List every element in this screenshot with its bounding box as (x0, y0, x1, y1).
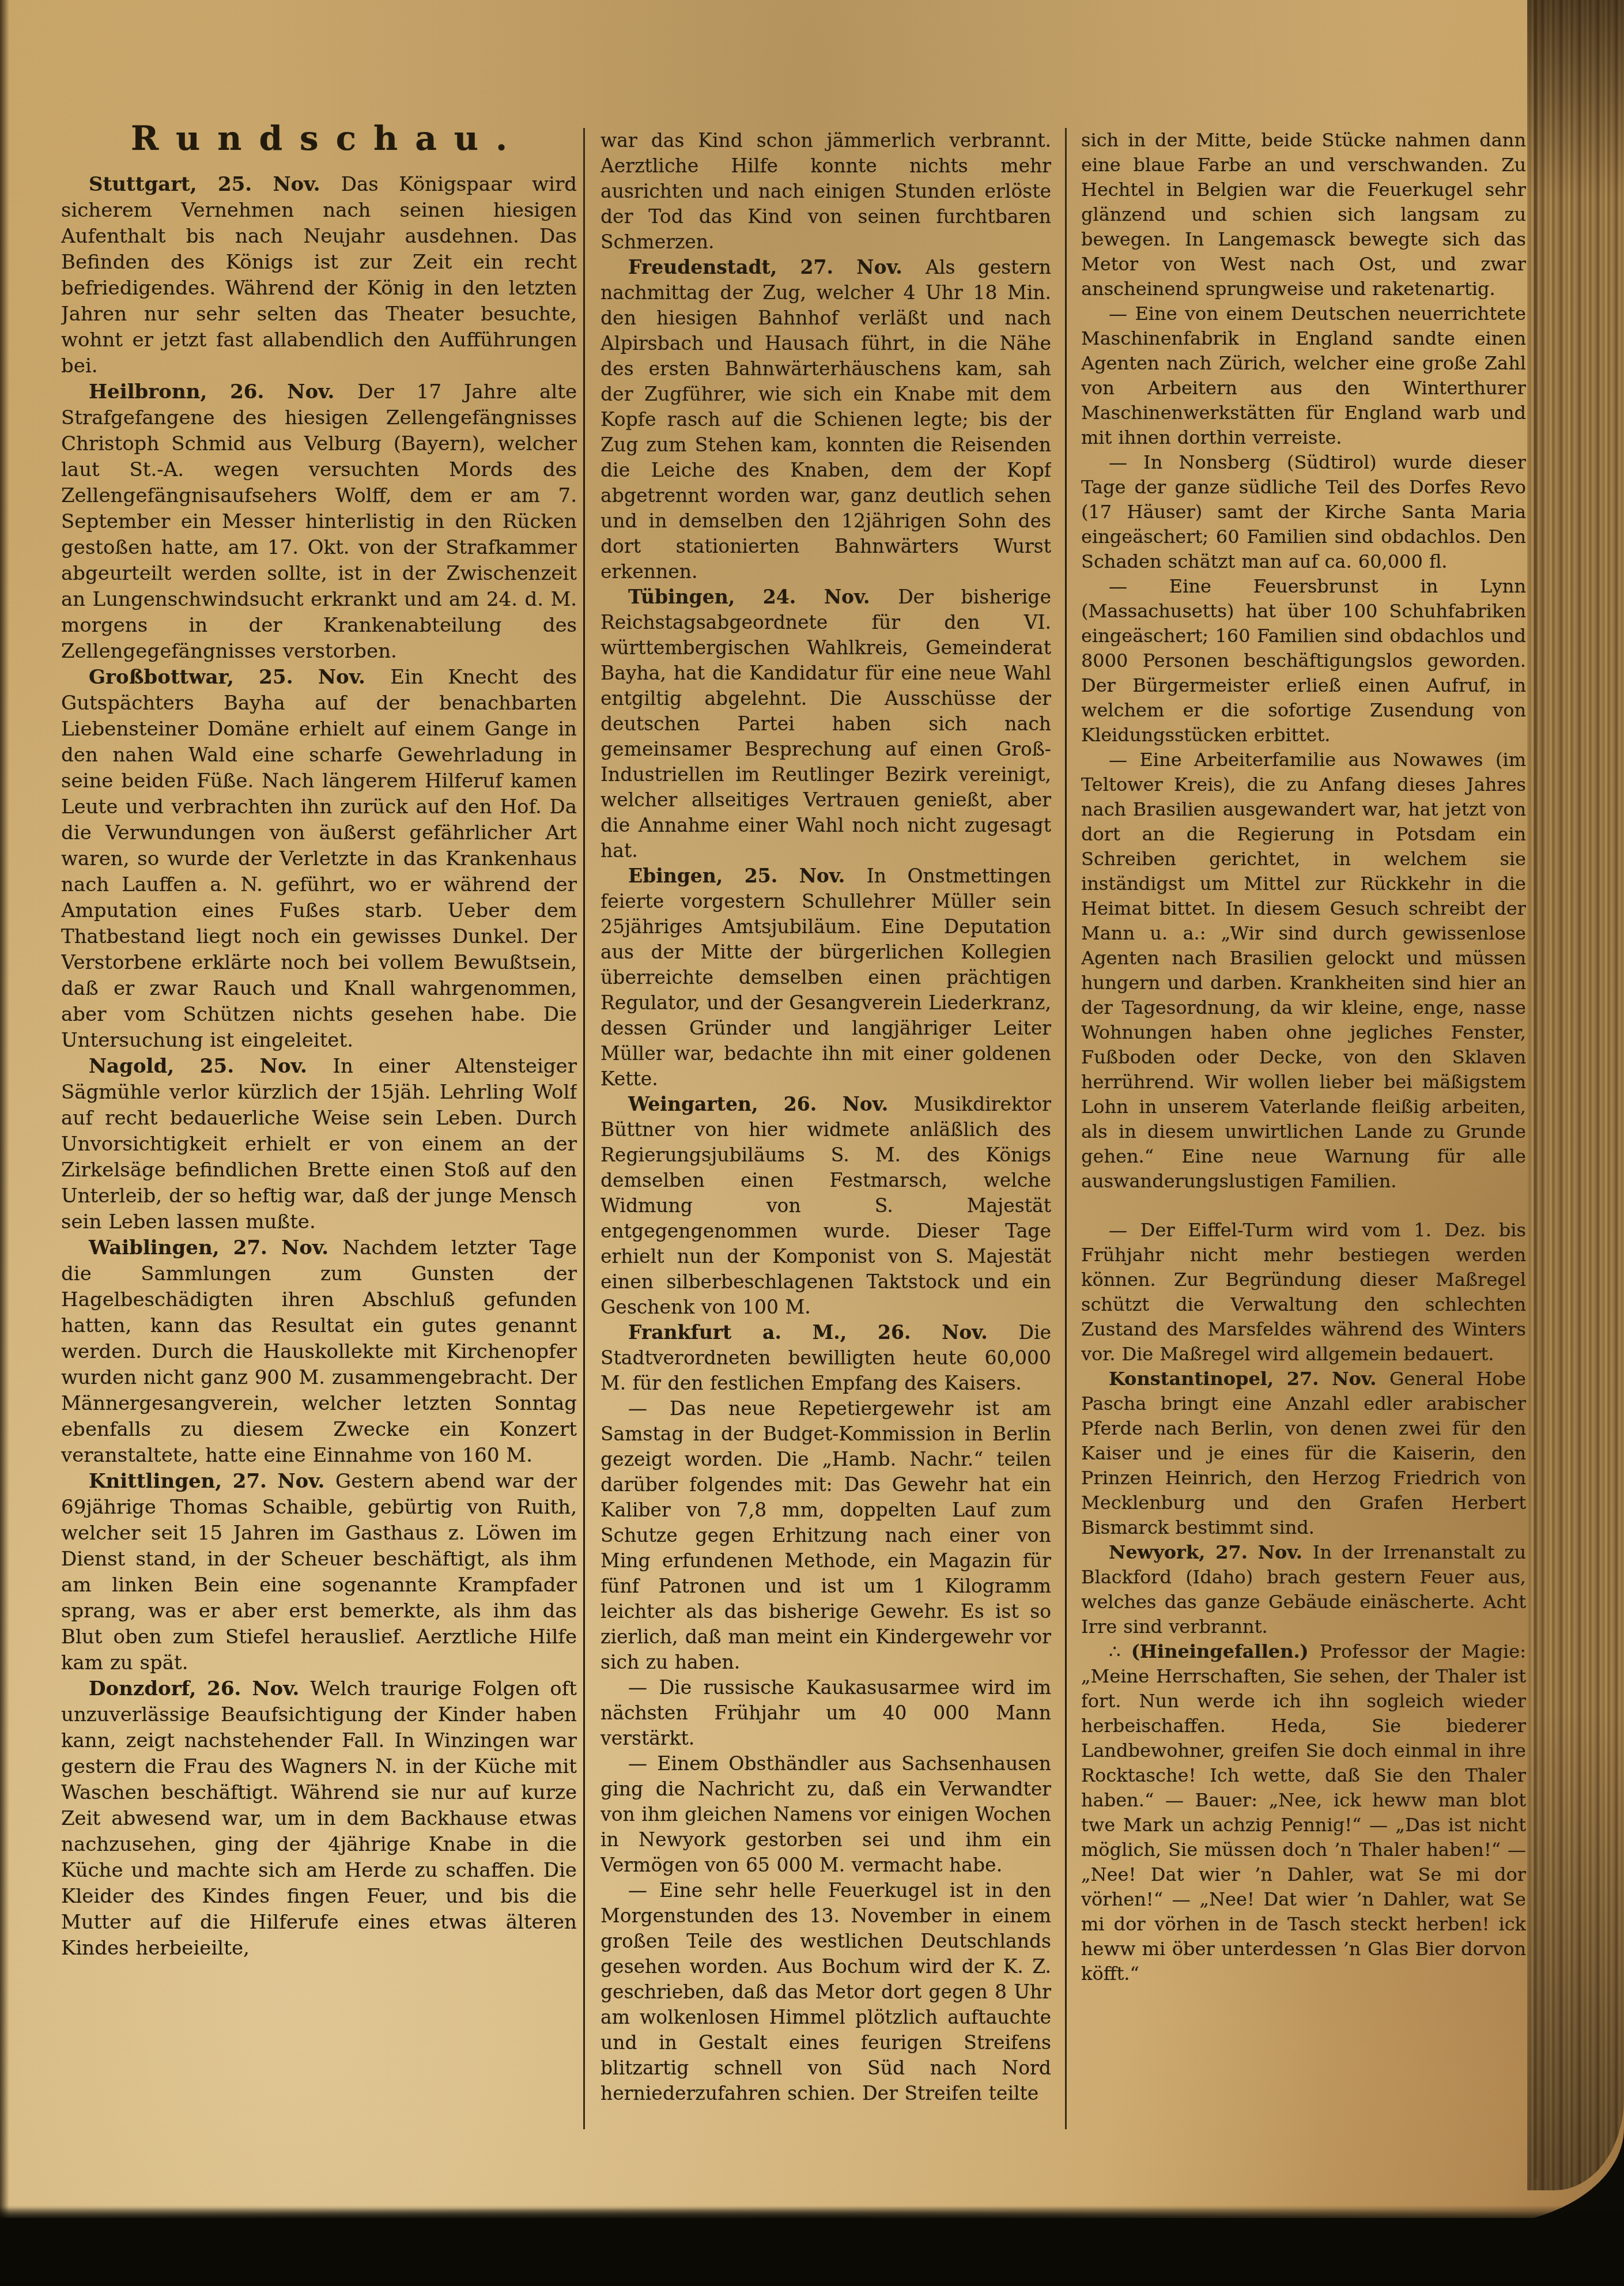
news-item: Knittlingen, 27. Nov. Gestern abend war … (61, 1469, 577, 1676)
dateline: Frankfurt a. M., 26. Nov. (628, 1321, 1018, 1344)
news-item: Weingarten, 26. Nov. Musikdirektor Büttn… (600, 1092, 1051, 1320)
newspaper-column-3: sich in der Mitte, beide Stücke nahmen d… (1081, 128, 1526, 2145)
news-item: Newyork, 27. Nov. In der Irrenanstalt zu… (1081, 1540, 1526, 1639)
news-item: — Eine Arbeiterfamilie aus Nowawes (im T… (1081, 748, 1526, 1194)
dateline: Freudenstadt, 27. Nov. (628, 256, 926, 278)
news-item: — Eine Feuersbrunst in Lynn (Massachuset… (1081, 574, 1526, 748)
column-2-text: war das Kind schon jämmerlich verbrannt.… (600, 128, 1051, 2106)
item-lead-mark: — (628, 1397, 670, 1420)
dateline: Tübingen, 24. Nov. (628, 586, 898, 608)
dateline: Knittlingen, 27. Nov. (89, 1470, 335, 1493)
news-item: — Eine von einem Deutschen neuerrichtete… (1081, 301, 1526, 450)
news-item: sich in der Mitte, beide Stücke nahmen d… (1081, 128, 1526, 301)
news-item: — In Nonsberg (Südtirol) wurde dieser Ta… (1081, 450, 1526, 574)
item-title: (Hineingefallen.) (1131, 1640, 1320, 1662)
photographed-book-page: Rundschau. Stuttgart, 25. Nov. Das König… (0, 0, 1624, 2286)
news-item: — Einem Obsthändler aus Sachsenhausen gi… (600, 1751, 1051, 1878)
news-item: Heilbronn, 26. Nov. Der 17 Jahre alte St… (61, 379, 577, 665)
news-item: Tübingen, 24. Nov. Der bisherige Reichst… (600, 584, 1051, 863)
page-left-edge-shadow (0, 0, 9, 2226)
newspaper-column-2: war das Kind schon jämmerlich verbrannt.… (600, 128, 1051, 2180)
news-item: — Die russische Kaukasusarmee wird im nä… (600, 1675, 1051, 1751)
column-1-text: Stuttgart, 25. Nov. Das Königspaar wird … (61, 172, 577, 1961)
news-item: Konstantinopel, 27. Nov. General Hobe Pa… (1081, 1367, 1526, 1540)
newspaper-column-1: Rundschau. Stuttgart, 25. Nov. Das König… (61, 120, 577, 2149)
dateline: Weingarten, 26. Nov. (628, 1093, 914, 1115)
news-item: Nagold, 25. Nov. In einer Altensteiger S… (61, 1054, 577, 1235)
news-item: — Eine sehr helle Feuerkugel ist in den … (600, 1878, 1051, 2106)
news-item: ∴ (Hineingefallen.) Professor der Magie:… (1081, 1639, 1526, 1986)
scan-background-shadow (0, 2218, 1624, 2286)
page-title: Rundschau. (61, 120, 577, 157)
item-lead-mark: — (1109, 749, 1139, 771)
dateline: Newyork, 27. Nov. (1109, 1541, 1313, 1563)
item-lead-mark: — (1109, 451, 1143, 473)
item-lead-mark: ∴ (1109, 1640, 1131, 1662)
item-lead-mark: — (628, 1752, 657, 1775)
item-lead-mark: — (1109, 303, 1135, 325)
news-item: — Der Eiffel-Turm wird vom 1. Dez. bis F… (1081, 1218, 1526, 1367)
column-divider-2 (1065, 128, 1067, 2129)
column-3-text: sich in der Mitte, beide Stücke nahmen d… (1081, 128, 1526, 1986)
dateline: Donzdorf, 26. Nov. (89, 1677, 310, 1700)
news-item: Freudenstadt, 27. Nov. Als gestern nachm… (600, 255, 1051, 584)
dateline: Stuttgart, 25. Nov. (89, 173, 341, 196)
item-lead-mark: — (628, 1879, 659, 1902)
item-lead-mark: — (1109, 1219, 1140, 1241)
news-item: Donzdorf, 26. Nov. Welch traurige Folgen… (61, 1676, 577, 1961)
dateline: Ebingen, 25. Nov. (628, 865, 867, 887)
item-lead-mark: — (1109, 575, 1169, 597)
book-fore-edge-crease (1534, 0, 1538, 2179)
news-item: Großbottwar, 25. Nov. Ein Knecht des Gut… (61, 665, 577, 1054)
news-item: — Das neue Repetiergewehr ist am Samstag… (600, 1396, 1051, 1675)
dateline: Großbottwar, 25. Nov. (89, 666, 390, 689)
news-item: Ebingen, 25. Nov. In Onstmettingen feier… (600, 863, 1051, 1092)
dateline: Nagold, 25. Nov. (89, 1055, 333, 1078)
column-divider-1 (583, 128, 585, 2129)
news-item: Waiblingen, 27. Nov. Nachdem letzter Tag… (61, 1235, 577, 1469)
news-item: Frankfurt a. M., 26. Nov. Die Stadtveror… (600, 1320, 1051, 1396)
dateline: Heilbronn, 26. Nov. (89, 380, 357, 403)
item-lead-mark: — (628, 1676, 659, 1699)
dateline: Waiblingen, 27. Nov. (89, 1236, 343, 1259)
news-item: Stuttgart, 25. Nov. Das Königspaar wird … (61, 172, 577, 379)
book-fore-edge (1527, 0, 1624, 2190)
news-item: war das Kind schon jämmerlich verbrannt.… (600, 128, 1051, 255)
dateline: Konstantinopel, 27. Nov. (1109, 1368, 1389, 1390)
